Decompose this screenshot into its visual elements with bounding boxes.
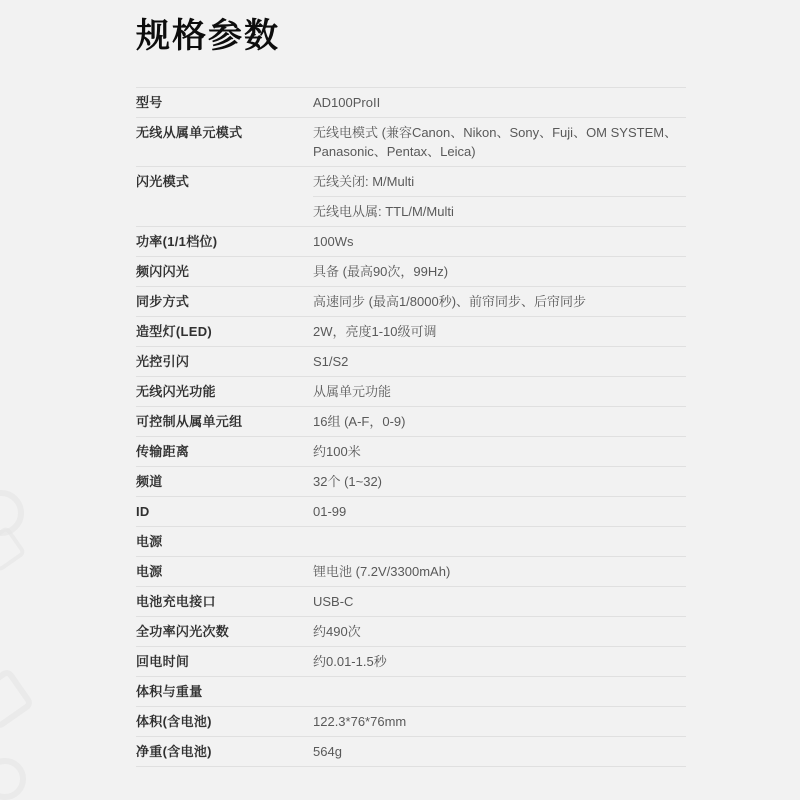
spec-row: 造型灯(LED)2W，亮度1-10级可调	[136, 317, 686, 347]
watermark-fragment	[0, 667, 35, 731]
spec-value: 锂电池 (7.2V/3300mAh)	[313, 557, 686, 586]
spec-value: 无线电从属: TTL/M/Multi	[313, 196, 686, 226]
spec-label: 同步方式	[136, 287, 313, 316]
spec-row: 型号AD100ProII	[136, 88, 686, 118]
spec-value: 564g	[313, 737, 686, 766]
spec-value: 122.3*76*76mm	[313, 707, 686, 736]
spec-label: 功率(1/1档位)	[136, 227, 313, 256]
spec-row: 无线闪光功能从属单元功能	[136, 377, 686, 407]
spec-row: 光控引闪S1/S2	[136, 347, 686, 377]
spec-table: 型号AD100ProII无线从属单元模式无线电模式 (兼容Canon、Nikon…	[136, 87, 686, 767]
section-header-label: 体积与重量	[136, 677, 213, 706]
watermark-fragment	[0, 525, 27, 572]
spec-label: 净重(含电池)	[136, 737, 313, 766]
spec-value: 2W，亮度1-10级可调	[313, 317, 686, 346]
spec-value: S1/S2	[313, 347, 686, 376]
spec-label: 电池充电接口	[136, 587, 313, 616]
spec-row: 电池充电接口USB-C	[136, 587, 686, 617]
spec-row: 频闪闪光具备 (最高90次，99Hz)	[136, 257, 686, 287]
spec-row: 回电时间约0.01-1.5秒	[136, 647, 686, 677]
spec-label: 回电时间	[136, 647, 313, 676]
spec-value-cell: 高速同步 (最高1/8000秒)、前帘同步、后帘同步	[313, 287, 686, 316]
spec-label: 无线从属单元模式	[136, 118, 313, 147]
spec-value: 01-99	[313, 497, 686, 526]
page-title: 规格参数	[136, 16, 686, 57]
spec-label: 闪光模式	[136, 167, 313, 196]
watermark-fragment	[0, 490, 24, 536]
spec-value: 32个 (1~32)	[313, 467, 686, 496]
spec-row: 体积(含电池)122.3*76*76mm	[136, 707, 686, 737]
spec-value-cell: USB-C	[313, 587, 686, 616]
spec-label: 电源	[136, 557, 313, 586]
spec-value-cell: 约490次	[313, 617, 686, 646]
spec-row: 电源锂电池 (7.2V/3300mAh)	[136, 557, 686, 587]
section-header-row: 电源	[136, 527, 686, 557]
spec-value-cell: 01-99	[313, 497, 686, 526]
spec-value-cell: 约0.01-1.5秒	[313, 647, 686, 676]
spec-value-cell: 564g	[313, 737, 686, 766]
spec-value-cell: 32个 (1~32)	[313, 467, 686, 496]
spec-value-cell: 122.3*76*76mm	[313, 707, 686, 736]
spec-value: USB-C	[313, 587, 686, 616]
spec-value-cell: AD100ProII	[313, 88, 686, 117]
spec-value: 16组 (A-F，0-9)	[313, 407, 686, 436]
watermark-fragment	[0, 758, 26, 800]
spec-value-cell: 无线关闭: M/Multi无线电从属: TTL/M/Multi	[313, 167, 686, 226]
spec-label: 型号	[136, 88, 313, 117]
spec-row: 同步方式高速同步 (最高1/8000秒)、前帘同步、后帘同步	[136, 287, 686, 317]
spec-label: ID	[136, 497, 313, 526]
spec-label: 全功率闪光次数	[136, 617, 313, 646]
spec-value: 无线关闭: M/Multi	[313, 167, 686, 196]
spec-value-cell: 从属单元功能	[313, 377, 686, 406]
spec-label: 体积(含电池)	[136, 707, 313, 736]
spec-value-cell: 锂电池 (7.2V/3300mAh)	[313, 557, 686, 586]
spec-value: 高速同步 (最高1/8000秒)、前帘同步、后帘同步	[313, 287, 686, 316]
spec-value-cell: 2W，亮度1-10级可调	[313, 317, 686, 346]
spec-label: 频道	[136, 467, 313, 496]
spec-value: 100Ws	[313, 227, 686, 256]
section-header-row: 体积与重量	[136, 677, 686, 707]
section-header-label: 电源	[136, 527, 173, 556]
spec-row: 闪光模式无线关闭: M/Multi无线电从属: TTL/M/Multi	[136, 167, 686, 227]
spec-value: 从属单元功能	[313, 377, 686, 406]
spec-value: 无线电模式 (兼容Canon、Nikon、Sony、Fuji、OM SYSTEM…	[313, 118, 686, 166]
spec-label: 光控引闪	[136, 347, 313, 376]
spec-value: 约100米	[313, 437, 686, 466]
spec-label: 可控制从属单元组	[136, 407, 313, 436]
spec-value-cell: 无线电模式 (兼容Canon、Nikon、Sony、Fuji、OM SYSTEM…	[313, 118, 686, 166]
spec-value-cell: 约100米	[313, 437, 686, 466]
spec-value: AD100ProII	[313, 88, 686, 117]
spec-row: 传输距离约100米	[136, 437, 686, 467]
spec-section: 规格参数 型号AD100ProII无线从属单元模式无线电模式 (兼容Canon、…	[136, 16, 686, 767]
spec-label: 造型灯(LED)	[136, 317, 313, 346]
spec-row: 无线从属单元模式无线电模式 (兼容Canon、Nikon、Sony、Fuji、O…	[136, 118, 686, 167]
spec-label: 频闪闪光	[136, 257, 313, 286]
spec-value-cell: 具备 (最高90次，99Hz)	[313, 257, 686, 286]
spec-value: 约0.01-1.5秒	[313, 647, 686, 676]
spec-value: 具备 (最高90次，99Hz)	[313, 257, 686, 286]
spec-row: 功率(1/1档位)100Ws	[136, 227, 686, 257]
spec-value-cell: 100Ws	[313, 227, 686, 256]
spec-row: 可控制从属单元组16组 (A-F，0-9)	[136, 407, 686, 437]
spec-value-cell: 16组 (A-F，0-9)	[313, 407, 686, 436]
spec-label: 无线闪光功能	[136, 377, 313, 406]
spec-row: 净重(含电池)564g	[136, 737, 686, 767]
spec-row: 频道32个 (1~32)	[136, 467, 686, 497]
spec-value: 约490次	[313, 617, 686, 646]
spec-row: 全功率闪光次数约490次	[136, 617, 686, 647]
spec-value-cell: S1/S2	[313, 347, 686, 376]
spec-label: 传输距离	[136, 437, 313, 466]
spec-row: ID01-99	[136, 497, 686, 527]
